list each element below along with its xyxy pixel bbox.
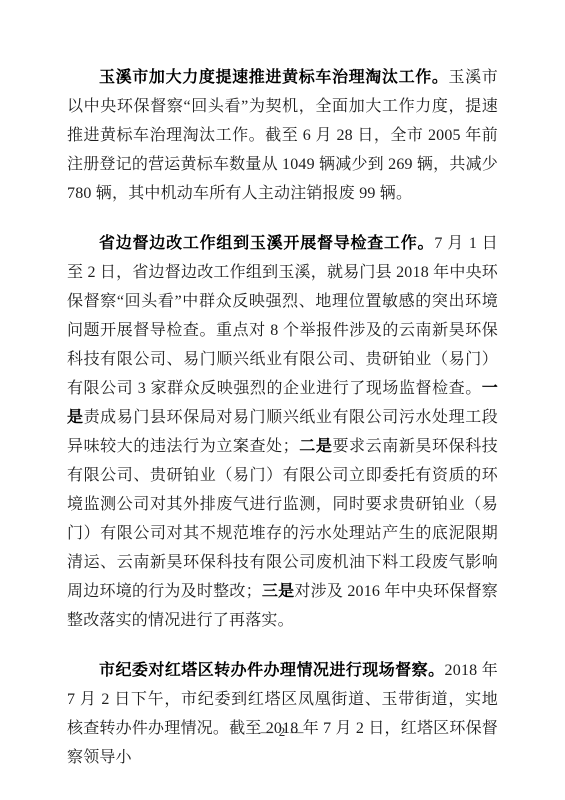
paragraph-text: 玉溪市以中央环保督察“回头看”为契机，全面加大工作力度，提速推进黄标车治理淘汰工… <box>67 69 498 202</box>
emphasis-marker-third: 三是 <box>262 583 295 600</box>
paragraph-text: 要求云南新昊环保科技有限公司、贵研铂业（易门）有限公司立即委托有资质的环境监测公… <box>67 438 498 600</box>
page-number: — 2 — <box>0 724 565 740</box>
paragraph-yuxi-vehicle: 玉溪市加大力度提速推进黄标车治理淘汰工作。玉溪市以中央环保督察“回头看”为契机，… <box>67 63 498 208</box>
paragraph-discipline-commission: 市纪委对红塔区转办件办理情况进行现场督察。2018 年 7 月 2 日下午，市纪… <box>67 656 498 772</box>
body-text: 玉溪市加大力度提速推进黄标车治理淘汰工作。玉溪市以中央环保督察“回头看”为契机，… <box>67 63 498 793</box>
paragraph-provincial-group: 省边督边改工作组到玉溪开展督导检查工作。7 月 1 日至 2 日，省边督边改工作… <box>67 229 498 635</box>
paragraph-heading: 市纪委对红塔区转办件办理情况进行现场督察。 <box>99 662 445 679</box>
paragraph-heading: 玉溪市加大力度提速推进黄标车治理淘汰工作。 <box>99 69 449 86</box>
document-page: 玉溪市加大力度提速推进黄标车治理淘汰工作。玉溪市以中央环保督察“回头看”为契机，… <box>0 0 565 800</box>
emphasis-marker-second: 二是 <box>299 438 333 455</box>
paragraph-text: 7 月 1 日至 2 日，省边督边改工作组到玉溪，就易门县 2018 年中央环保… <box>67 235 498 397</box>
paragraph-heading: 省边督边改工作组到玉溪开展督导检查工作。 <box>99 235 434 252</box>
